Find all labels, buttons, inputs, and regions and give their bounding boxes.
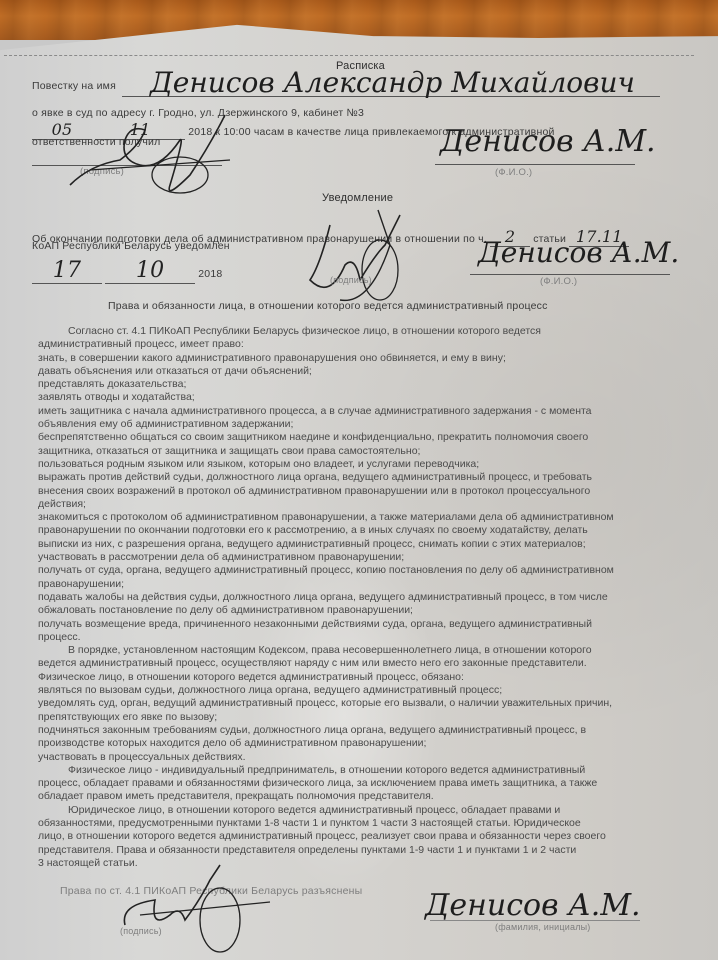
rights-paragraph-line: лицо, в отношении которого ведется админ… — [38, 830, 688, 843]
notice-day: 17 — [53, 258, 81, 283]
rights-paragraph-line: иметь защитника с начала административно… — [38, 405, 688, 418]
notice-month: 10 — [136, 258, 164, 283]
rights-paragraph-line: подавать жалобы на действия судьи, должн… — [38, 591, 688, 604]
rights-paragraph-line: Физическое лицо, в отношении которого ве… — [38, 671, 688, 684]
rights-paragraph-line: Согласно ст. 4.1 ПИКоАП Республики Белар… — [38, 325, 688, 338]
notice-signature-scribble — [300, 205, 440, 310]
handwritten-fio: Денисов А.М. — [440, 124, 656, 159]
fio-caption: (Ф.И.О.) — [495, 167, 532, 178]
summons-label: Повестку на имя — [32, 80, 116, 92]
rights-title: Права и обязанности лица, в отношении ко… — [108, 300, 548, 312]
notice-handwritten-fio: Денисов А.М. — [478, 236, 679, 269]
rights-paragraph-line: знакомиться с протоколом об администрати… — [38, 511, 688, 524]
tear-line — [4, 55, 694, 56]
rights-text: Согласно ст. 4.1 ПИКоАП Республики Белар… — [38, 325, 688, 870]
rights-paragraph-line: процесс. — [38, 631, 688, 644]
rights-paragraph-line: действия; — [38, 498, 688, 511]
rights-paragraph-line: знать, в совершении какого административ… — [38, 352, 688, 365]
rights-paragraph-line: пользоваться родным языком или языком, к… — [38, 458, 688, 471]
rights-signature-caption: (подпись) — [120, 926, 162, 936]
notice-signature-caption: (подпись) — [330, 275, 372, 285]
rights-paragraph-line: участвовать в процессуальных действиях. — [38, 751, 688, 764]
rights-paragraph-line: подчиняться законным требованиям судьи, … — [38, 724, 688, 737]
wooden-table-background — [0, 0, 718, 40]
rights-paragraph-line: В порядке, установленном настоящим Кодек… — [38, 644, 688, 657]
rights-paragraph-line: выписки из них, с разрешения органа, вед… — [38, 538, 688, 551]
rights-paragraph-line: производстве которых находится дело об а… — [38, 737, 688, 750]
rights-paragraph-line: представлять доказательства; — [38, 378, 688, 391]
rights-paragraph-line: заявлять отводы и ходатайства; — [38, 391, 688, 404]
rights-handwritten-fio: Денисов А.М. — [425, 888, 641, 923]
rights-fio-underline — [430, 920, 640, 921]
rights-paragraph-line: ведется административный процесс, осущес… — [38, 657, 688, 670]
rights-paragraph-line: обязанностями, предусмотренными пунктами… — [38, 817, 688, 830]
notice-year: 2018 — [198, 268, 222, 280]
rights-paragraph-line: Юридическое лицо, в отношении которого в… — [38, 804, 688, 817]
notice-line-2: КоАП Республики Беларусь уведомлен — [32, 240, 230, 252]
rights-paragraph-line: участвовать в рассмотрении дела об админ… — [38, 551, 688, 564]
rights-paragraph-line: внесения своих возражений в протокол об … — [38, 485, 688, 498]
rights-paragraph-line: правонарушении; — [38, 578, 688, 591]
rights-paragraph-line: обладает правом иметь представителя, пре… — [38, 790, 688, 803]
rights-paragraph-line: защитника, отказаться от защитника и защ… — [38, 445, 688, 458]
rights-paragraph-line: представителя. Права и обязанности предс… — [38, 844, 688, 857]
handwritten-full-name: Денисов Александр Михайлович — [150, 66, 635, 99]
rights-paragraph-line: давать объяснения или отказаться от дачи… — [38, 365, 688, 378]
rights-paragraph-line: выражать против действий судьи, должност… — [38, 471, 688, 484]
rights-paragraph-line: Физическое лицо - индивидуальный предпри… — [38, 764, 688, 777]
signature-scribble — [50, 105, 250, 200]
rights-paragraph-line: процесс, обладает правами и обязанностям… — [38, 777, 688, 790]
rights-paragraph-line: уведомлять суд, орган, ведущий администр… — [38, 697, 688, 710]
fio-underline — [435, 164, 635, 165]
rights-fio-caption: (фамилия, инициалы) — [495, 922, 591, 932]
rights-paragraph-line: объявления ему об административном задер… — [38, 418, 688, 431]
notice-date: 17 10 2018 — [32, 258, 222, 284]
rights-paragraph-line: правонарушении по окончании подготовки е… — [38, 524, 688, 537]
rights-paragraph-line: получать возмещение вреда, причиненного … — [38, 618, 688, 631]
rights-paragraph-line: административный процесс, имеет право: — [38, 338, 688, 351]
rights-paragraph-line: являться по вызовам судьи, должностного … — [38, 684, 688, 697]
notice-title: Уведомление — [322, 192, 393, 204]
notice-fio-caption: (Ф.И.О.) — [540, 276, 577, 287]
rights-paragraph-line: обжаловать постановление по делу об адми… — [38, 604, 688, 617]
rights-signature-scribble — [110, 860, 280, 960]
rights-paragraph-line: получать от суда, органа, ведущего админ… — [38, 564, 688, 577]
notice-fio-underline — [470, 274, 670, 275]
rights-paragraph-line: препятствующих его явке по вызову; — [38, 711, 688, 724]
rights-paragraph-line: беспрепятственно общаться со своим защит… — [38, 431, 688, 444]
